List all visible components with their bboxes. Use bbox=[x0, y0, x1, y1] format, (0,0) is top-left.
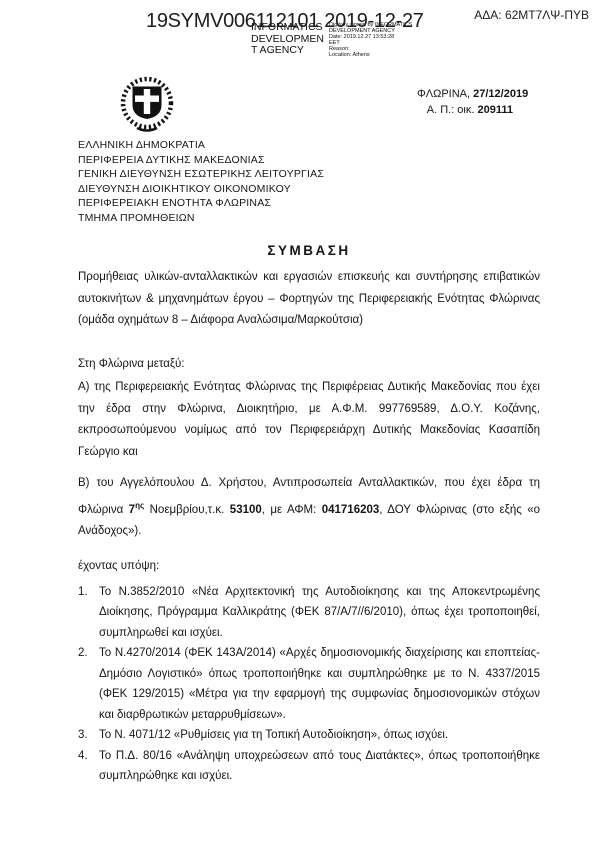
list-number: 3. bbox=[78, 725, 99, 746]
legal-reference-item: 3.Το Ν. 4071/12 «Ρυθμίσεις για τη Τοπική… bbox=[78, 725, 540, 746]
document-title: ΣΥΜΒΑΣΗ bbox=[78, 242, 540, 259]
protocol-number: Α. Π.: οικ. 209111 bbox=[417, 102, 513, 118]
letterhead-line: ΔΙΕΥΘΥΝΣΗ ΔΙΟΙΚΗΤΙΚΟΥ ΟΙΚΟΝΟΜΙΚΟΥ bbox=[78, 182, 324, 197]
legal-item-text: Το Ν.4270/2014 (ΦΕΚ 143Α/2014) «Αρχές δη… bbox=[99, 647, 540, 721]
legal-reference-item: 4.Το Π.Δ. 80/16 «Ανάληψη υποχρεώσεων από… bbox=[78, 746, 540, 787]
party-a-paragraph: Α) της Περιφερειακής Ενότητας Φλώρινας τ… bbox=[78, 377, 540, 463]
legal-reference-item: 2.Το Ν.4270/2014 (ΦΕΚ 143Α/2014) «Αρχές … bbox=[78, 643, 540, 725]
letterhead-line: ΓΕΝΙΚΗ ΔΙΕΥΘΥΝΣΗ ΕΣΩΤΕΡΙΚΗΣ ΛΕΙΤΟΥΡΓΙΑΣ bbox=[78, 167, 324, 182]
contract-document-page: 19SYMV006112101 2019-12-27 ΑΔΑ: 62ΜΤ7ΛΨ-… bbox=[0, 0, 595, 842]
intro-line: Στη Φλώρινα μεταξύ: bbox=[78, 354, 540, 376]
letterhead-line: ΤΜΗΜΑ ΠΡΟΜΗΘΕΙΩΝ bbox=[78, 211, 324, 226]
letterhead-agency-block: ΕΛΛΗΝΙΚΗ ΔΗΜΟΚΡΑΤΙΑ ΠΕΡΙΦΕΡΕΙΑ ΔΥΤΙΚΗΣ Μ… bbox=[78, 138, 324, 226]
legal-item-text: Το Π.Δ. 80/16 «Ανάληψη υποχρεώσεων από τ… bbox=[99, 750, 540, 783]
contract-subject: Προμήθειας υλικών-ανταλλακτικών και εργα… bbox=[78, 267, 540, 332]
kimdis-registry-number: 19SYMV006112101 2019-12-27 bbox=[146, 10, 424, 33]
place-date: ΦΛΩΡΙΝΑ, 27/12/2019 bbox=[417, 86, 513, 102]
contract-body: ΣΥΜΒΑΣΗ Προμήθειας υλικών-ανταλλακτικών … bbox=[78, 242, 540, 787]
party-b-paragraph: Β) του Αγγελόπουλου Δ. Χρήστου, Αντιπροσ… bbox=[78, 473, 540, 542]
ada-code: ΑΔΑ: 62ΜΤ7ΛΨ-ΠΥΒ bbox=[474, 8, 589, 22]
letterhead-line: ΠΕΡΙΦΕΡΕΙΑΚΗ ΕΝΟΤΗΤΑ ΦΛΩΡΙΝΑΣ bbox=[78, 196, 324, 211]
coat-of-arms-icon bbox=[112, 76, 182, 138]
signer-line: T AGENCY bbox=[251, 45, 323, 57]
legal-item-text: Το Ν. 4071/12 «Ρυθμίσεις για τη Τοπική Α… bbox=[99, 729, 448, 741]
having-regard-line: έχοντας υπόψη: bbox=[78, 556, 540, 578]
legal-item-text: Το Ν.3852/2010 «Νέα Αρχιτεκτονική της Αυ… bbox=[99, 586, 540, 639]
list-number: 2. bbox=[78, 643, 99, 664]
list-number: 1. bbox=[78, 582, 99, 603]
legal-reference-item: 1.Το Ν.3852/2010 «Νέα Αρχιτεκτονική της … bbox=[78, 582, 540, 644]
list-number: 4. bbox=[78, 746, 99, 767]
letterhead-line: ΠΕΡΙΦΕΡΕΙΑ ΔΥΤΙΚΗΣ ΜΑΚΕΔΟΝΙΑΣ bbox=[78, 153, 324, 168]
signature-detail-line: Location: Athens bbox=[329, 52, 412, 58]
date-protocol-block: ΦΛΩΡΙΝΑ, 27/12/2019 Α. Π.: οικ. 209111 bbox=[417, 86, 513, 118]
letterhead-line: ΕΛΛΗΝΙΚΗ ΔΗΜΟΚΡΑΤΙΑ bbox=[78, 138, 324, 153]
